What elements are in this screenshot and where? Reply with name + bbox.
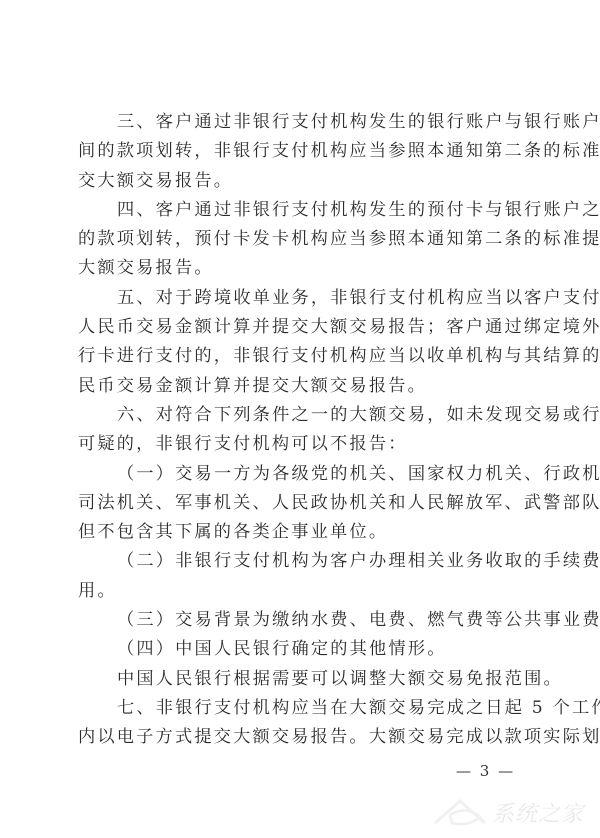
text-line: （二）非银行支付机构为客户办理相关业务收取的手续费 bbox=[78, 547, 530, 576]
text-line: （四）中国人民银行确定的其他情形。 bbox=[78, 635, 530, 664]
text-line: 间的款项划转，非银行支付机构应当参照本通知第二条的标准提 bbox=[78, 137, 530, 166]
text-line: 交大额交易报告。 bbox=[78, 167, 530, 196]
text-line: 三、客户通过非银行支付机构发生的银行账户与银行账户之 bbox=[78, 108, 530, 137]
text-line: 六、对符合下列条件之一的大额交易，如未发现交易或行为 bbox=[78, 401, 530, 430]
text-line: 人民币交易金额计算并提交大额交易报告；客户通过绑定境外银 bbox=[78, 313, 530, 342]
text-line: 中国人民银行根据需要可以调整大额交易免报范围。 bbox=[78, 665, 530, 694]
text-line: 行卡进行支付的，非银行支付机构应当以收单机构与其结算的人 bbox=[78, 342, 530, 371]
document-page: 三、客户通过非银行支付机构发生的银行账户与银行账户之 间的款项划转，非银行支付机… bbox=[0, 0, 600, 838]
text-line: 七、非银行支付机构应当在大额交易完成之日起 5 个工作日 bbox=[78, 694, 530, 723]
text-line: 民币交易金额计算并提交大额交易报告。 bbox=[78, 372, 530, 401]
text-line: 但不包含其下属的各类企事业单位。 bbox=[78, 518, 530, 547]
document-body: 三、客户通过非银行支付机构发生的银行账户与银行账户之 间的款项划转，非银行支付机… bbox=[78, 108, 530, 753]
text-line: 司法机关、军事机关、人民政协机关和人民解放军、武警部队， bbox=[78, 489, 530, 518]
text-line: （一）交易一方为各级党的机关、国家权力机关、行政机关、 bbox=[78, 460, 530, 489]
text-line: 大额交易报告。 bbox=[78, 254, 530, 283]
watermark-text: 系统之家 bbox=[492, 797, 584, 828]
page-number: — 3 — bbox=[456, 762, 515, 780]
text-line: 四、客户通过非银行支付机构发生的预付卡与银行账户之间 bbox=[78, 196, 530, 225]
text-line: 五、对于跨境收单业务，非银行支付机构应当以客户支付的 bbox=[78, 284, 530, 313]
text-line: 用。 bbox=[78, 577, 530, 606]
text-line: 的款项划转，预付卡发卡机构应当参照本通知第二条的标准提交 bbox=[78, 225, 530, 254]
text-line: 可疑的，非银行支付机构可以不报告： bbox=[78, 430, 530, 459]
text-line: （三）交易背景为缴纳水费、电费、燃气费等公共事业费。 bbox=[78, 606, 530, 635]
text-line: 内以电子方式提交大额交易报告。大额交易完成以款项实际划转 bbox=[78, 723, 530, 752]
